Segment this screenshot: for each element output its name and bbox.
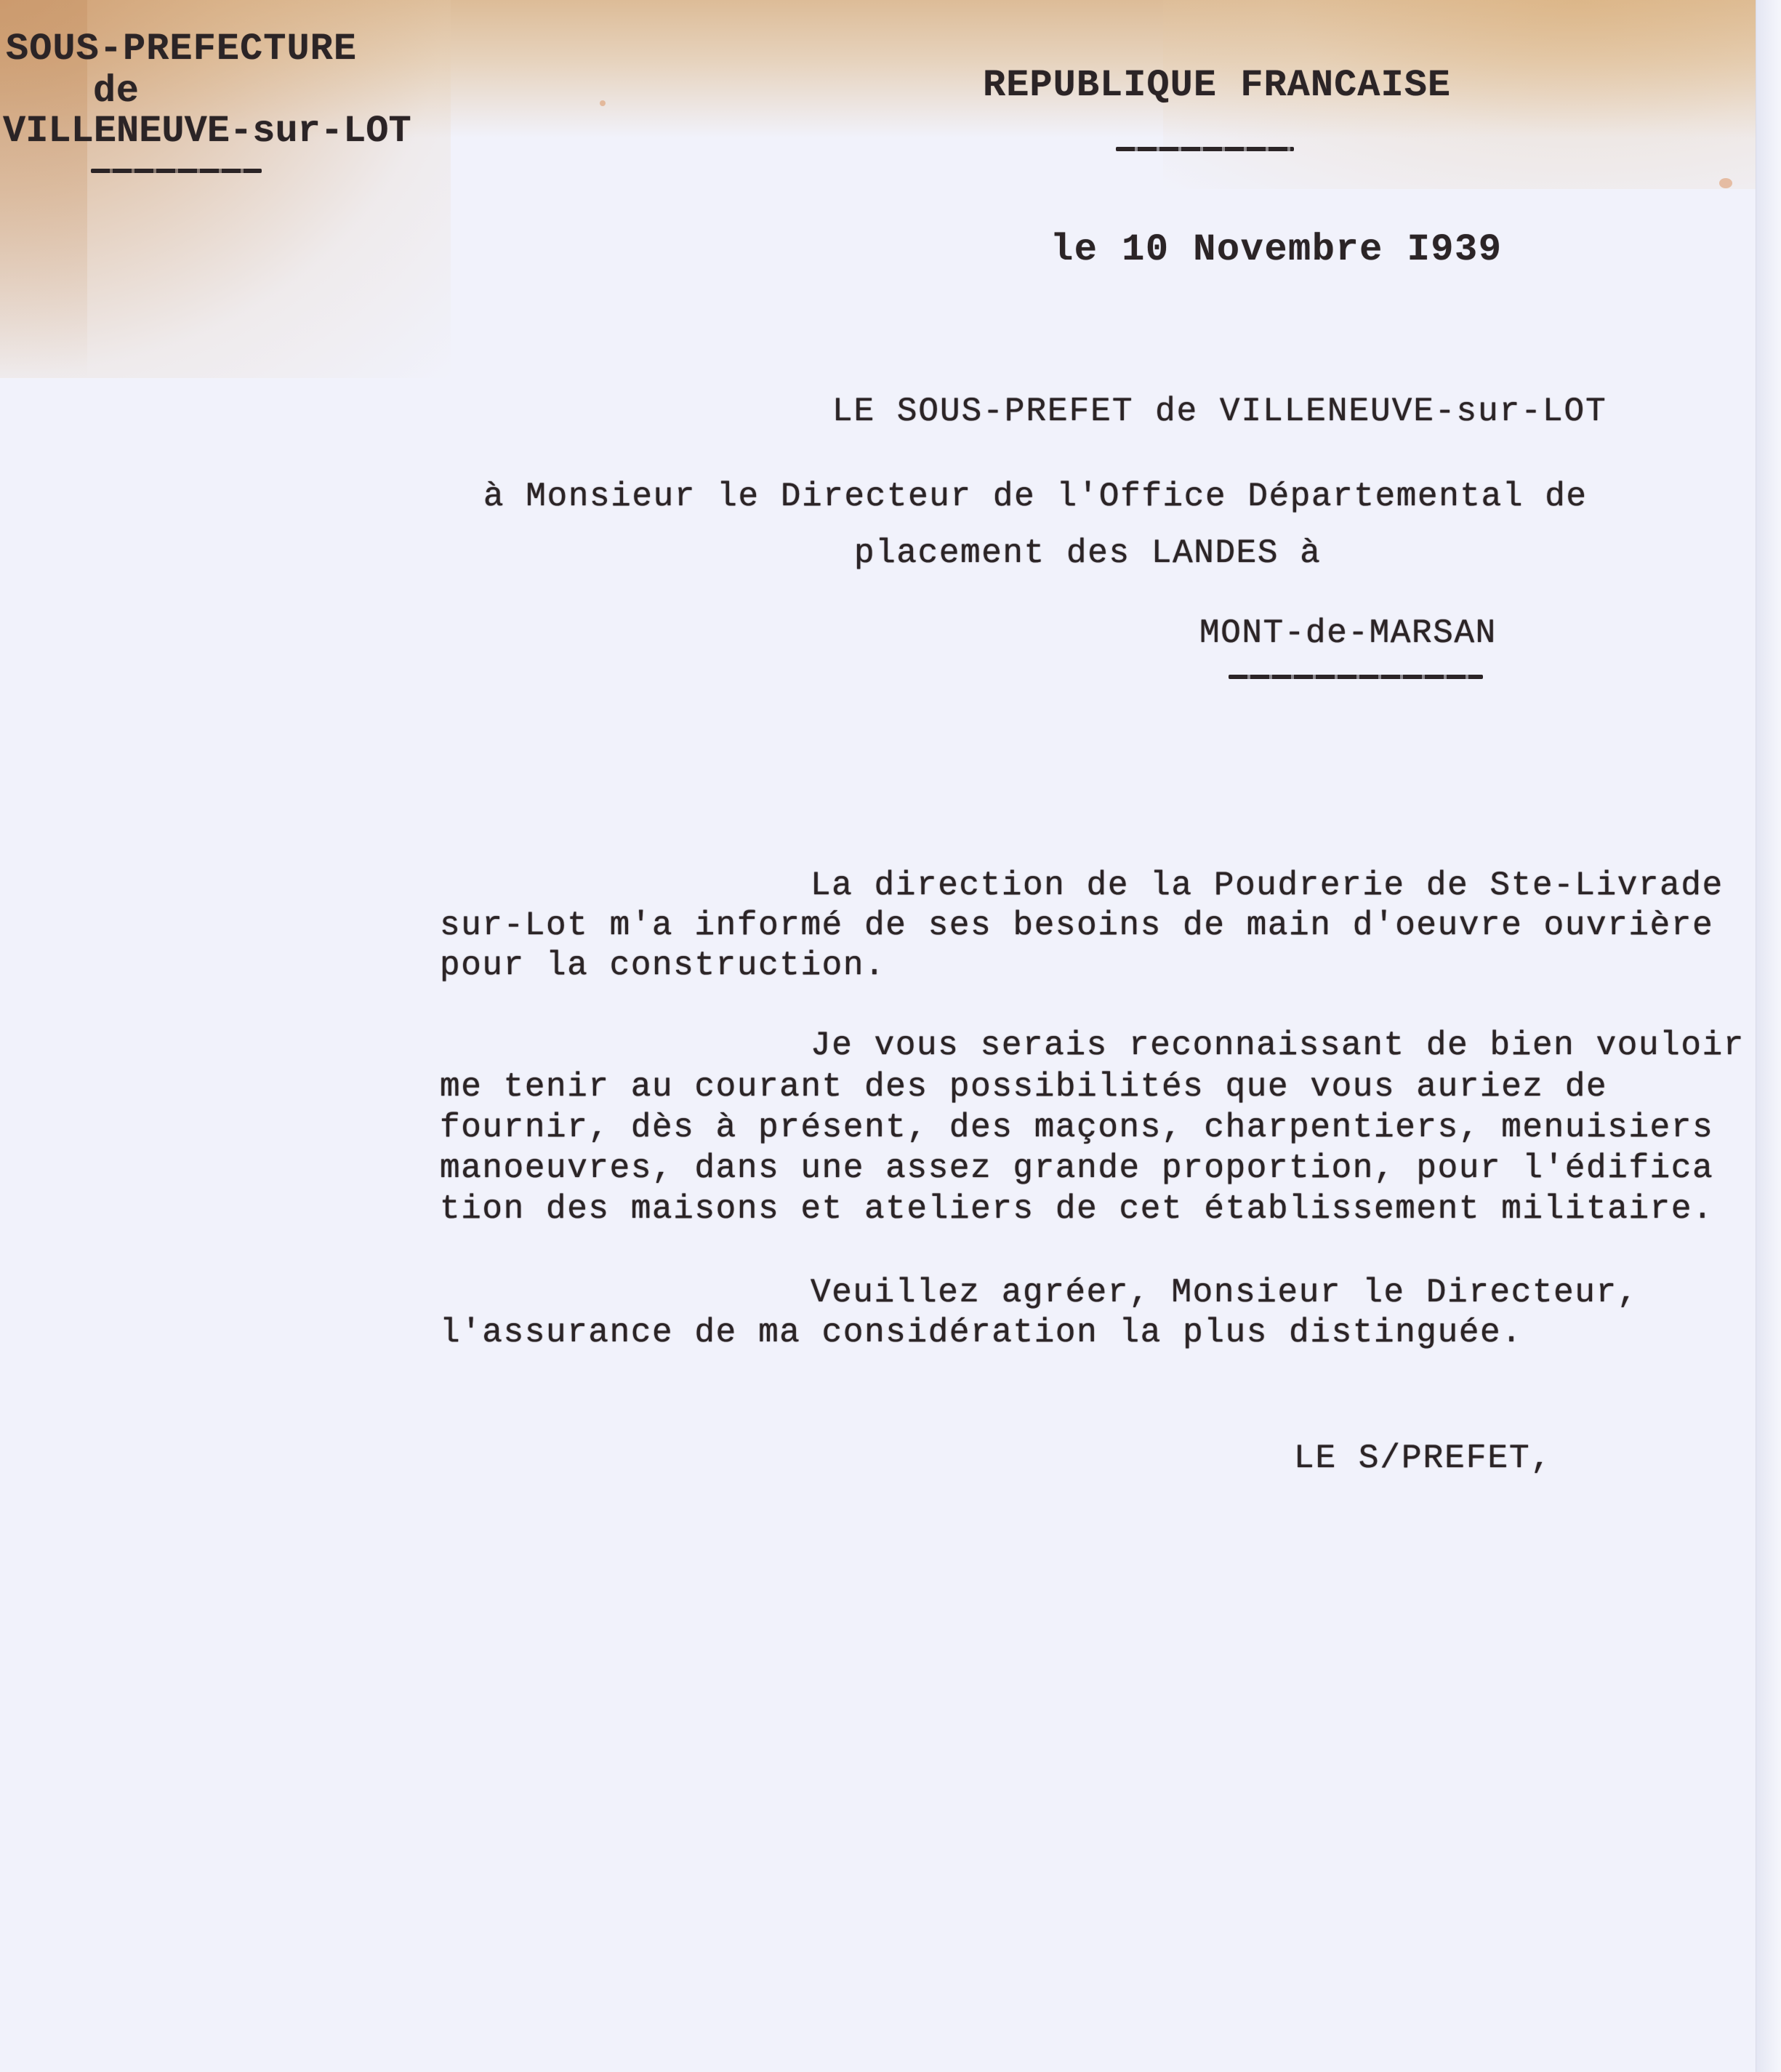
body-line: La direction de la Poudrerie de Ste-Livr…	[811, 869, 1724, 902]
body-line: pour la construction.	[440, 949, 885, 982]
recipient-divider	[1229, 675, 1483, 679]
sender-line: LE SOUS-PREFET de VILLENEUVE-sur-LOT	[832, 395, 1607, 428]
letter-date: le 10 Novembre I939	[1050, 231, 1502, 269]
header-left-divider	[91, 169, 262, 173]
recipient-city: MONT-de-MARSAN	[1199, 617, 1497, 650]
body-line: Je vous serais reconnaissant de bien vou…	[811, 1029, 1745, 1062]
body-line: manoeuvres, dans une assez grande propor…	[440, 1152, 1713, 1185]
recipient-line1: à Monsieur le Directeur de l'Office Dépa…	[483, 480, 1588, 513]
recipient-line2: placement des LANDES à	[854, 537, 1322, 570]
header-left-line1: SOUS-PREFECTURE	[6, 31, 357, 68]
signature: LE S/PREFET,	[1294, 1442, 1552, 1475]
header-right-divider	[1116, 147, 1294, 151]
header-left-line2: de	[93, 73, 139, 111]
stain-spot	[600, 100, 606, 106]
stain-spot	[1719, 178, 1732, 188]
body-line: tion des maisons et ateliers de cet étab…	[440, 1192, 1713, 1226]
page-edge	[1756, 0, 1781, 2072]
body-line: sur-Lot m'a informé de ses besoins de ma…	[440, 909, 1713, 942]
body-line: l'assurance de ma considération la plus …	[440, 1316, 1522, 1349]
body-line: fournir, dès à présent, des maçons, char…	[440, 1111, 1713, 1144]
body-line: Veuillez agréer, Monsieur le Directeur,	[811, 1276, 1639, 1309]
body-line: me tenir au courant des possibilités que…	[440, 1070, 1607, 1104]
header-left-line3: VILLENEUVE-sur-LOT	[3, 113, 411, 150]
letter-page: SOUS-PREFECTURE de VILLENEUVE-sur-LOT RE…	[0, 0, 1756, 2072]
header-right-title: REPUBLIQUE FRANCAISE	[983, 67, 1451, 105]
